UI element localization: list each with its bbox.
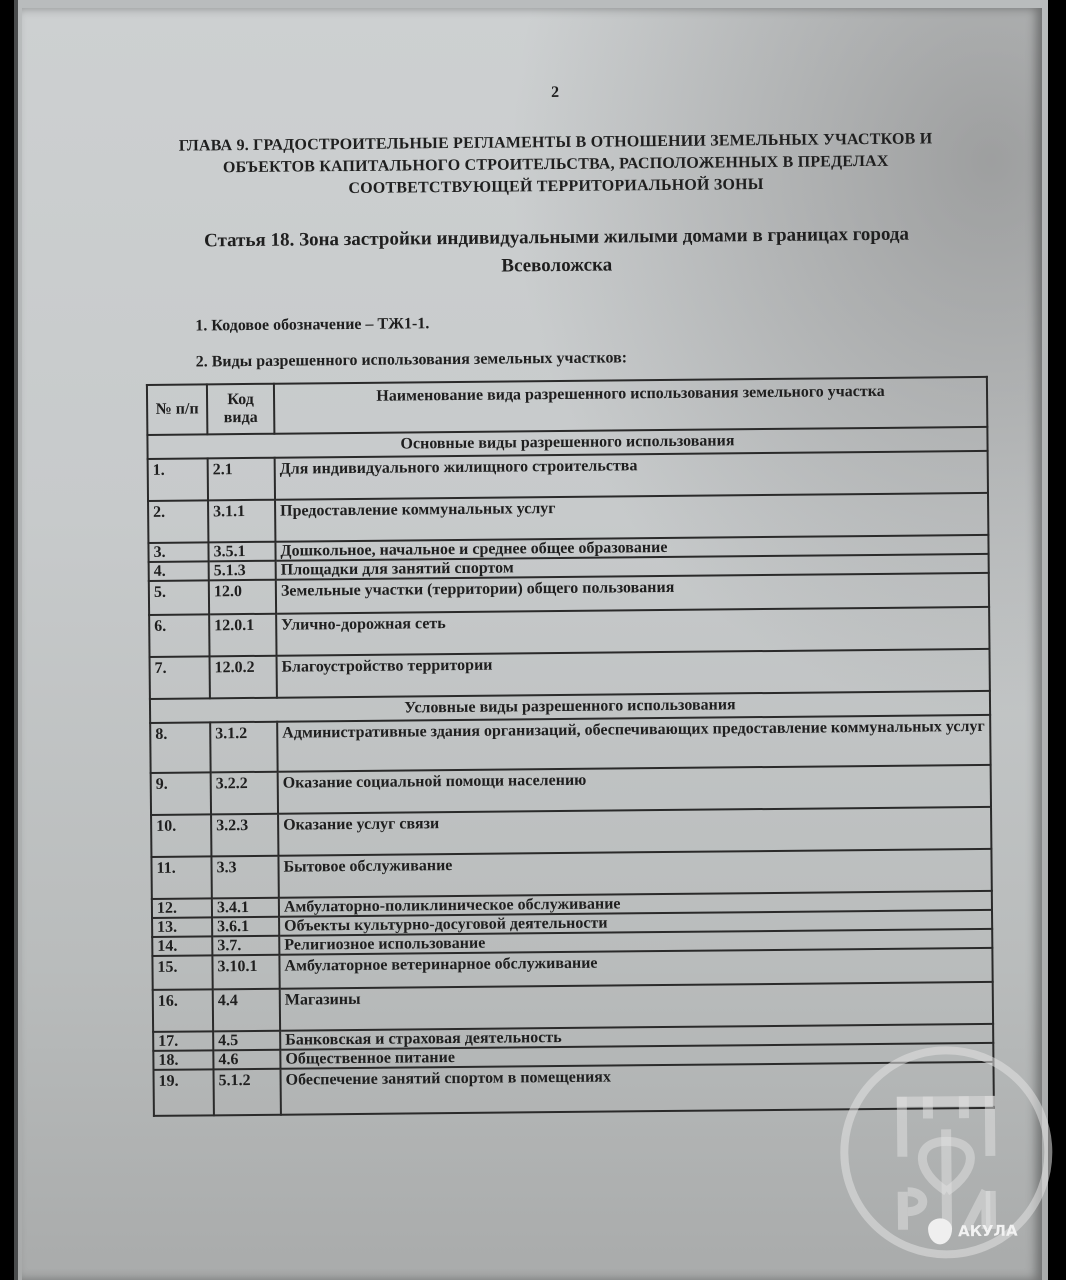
row-code: 3.2.3 [211, 814, 278, 857]
document-content: 2 ГЛАВА 9. ГРАДОСТРОИТЕЛЬНЫЕ РЕГЛАМЕНТЫ … [0, 0, 1066, 1280]
row-name: Магазины [280, 982, 993, 1031]
row-number: 2. [148, 500, 208, 543]
table-row: 8.3.1.2Административные здания организац… [150, 715, 990, 773]
row-number: 1. [148, 458, 208, 501]
row-code: 5.1.2 [213, 1069, 280, 1116]
table-row: 19.5.1.2Обеспечение занятий спортом в по… [153, 1062, 993, 1116]
shark-logo-icon [928, 1218, 952, 1244]
row-name: Оказание услуг связи [278, 807, 991, 856]
header-number: № п/п [147, 384, 207, 435]
row-number: 19. [153, 1069, 213, 1116]
row-name: Обеспечение занятий спортом в помещениях [280, 1062, 993, 1115]
row-code: 3.1.1 [208, 500, 275, 543]
row-code: 3.3 [211, 856, 278, 899]
row-code: 12.0.1 [209, 614, 276, 657]
row-code: 2.1 [208, 458, 275, 501]
row-code: 3.5.1 [208, 542, 275, 562]
row-code: 4.5 [213, 1031, 280, 1051]
row-number: 4. [149, 561, 209, 581]
row-number: 8. [150, 722, 210, 773]
row-number: 11. [151, 856, 211, 899]
row-number: 7. [150, 656, 210, 699]
row-name: Улично-дорожная сеть [276, 607, 989, 656]
article-title: Статья 18. Зона застройки индивидуальным… [156, 220, 957, 284]
row-number: 15. [152, 955, 212, 990]
row-code: 12.0 [209, 580, 276, 615]
row-code: 12.0.2 [210, 656, 277, 699]
row-number: 10. [151, 814, 211, 857]
row-code: 3.2.2 [211, 772, 278, 815]
row-name: Для индивидуального жилищного строительс… [275, 451, 988, 500]
permitted-uses-table: № п/п Код вида Наименование вида разреше… [146, 376, 995, 1117]
row-name: Предоставление коммунальных услуг [275, 493, 988, 542]
permitted-uses-heading: 2. Виды разрешенного использования земел… [196, 349, 628, 371]
row-name: Оказание социальной помощи населению [278, 765, 991, 814]
row-code: 4.6 [213, 1050, 280, 1070]
page-number: 2 [535, 84, 575, 102]
row-code: 3.1.2 [210, 722, 277, 773]
row-number: 12. [152, 898, 212, 918]
header-name: Наименование вида разрешенного использов… [274, 377, 987, 434]
row-number: 3. [148, 542, 208, 562]
brand-label: АКУЛА [958, 1222, 1018, 1241]
code-designation: 1. Кодовое обозначение – ТЖ1-1. [195, 315, 429, 335]
row-name: Благоустройство территории [277, 649, 990, 698]
row-code: 5.1.3 [209, 561, 276, 581]
watermark-brand: АКУЛА [928, 1218, 1018, 1245]
row-number: 9. [151, 772, 211, 815]
row-name: Бытовое обслуживание [278, 849, 991, 898]
row-name: Административные здания организаций, обе… [277, 715, 990, 772]
row-number: 17. [153, 1031, 213, 1051]
row-code: 3.10.1 [212, 955, 279, 990]
row-code: 3.7. [212, 936, 279, 956]
chapter-title: ГЛАВА 9. ГРАДОСТРОИТЕЛЬНЫЕ РЕГЛАМЕНТЫ В … [156, 128, 957, 202]
row-number: 14. [152, 936, 212, 956]
row-code: 3.6.1 [212, 917, 279, 937]
table-body: Основные виды разрешенного использования… [147, 427, 993, 1116]
row-number: 13. [152, 917, 212, 937]
row-code: 3.4.1 [212, 898, 279, 918]
row-number: 6. [149, 614, 209, 657]
row-code: 4.4 [213, 989, 280, 1032]
row-number: 5. [149, 580, 209, 615]
header-code: Код вида [207, 384, 274, 435]
row-number: 18. [153, 1050, 213, 1070]
row-number: 16. [153, 989, 213, 1032]
